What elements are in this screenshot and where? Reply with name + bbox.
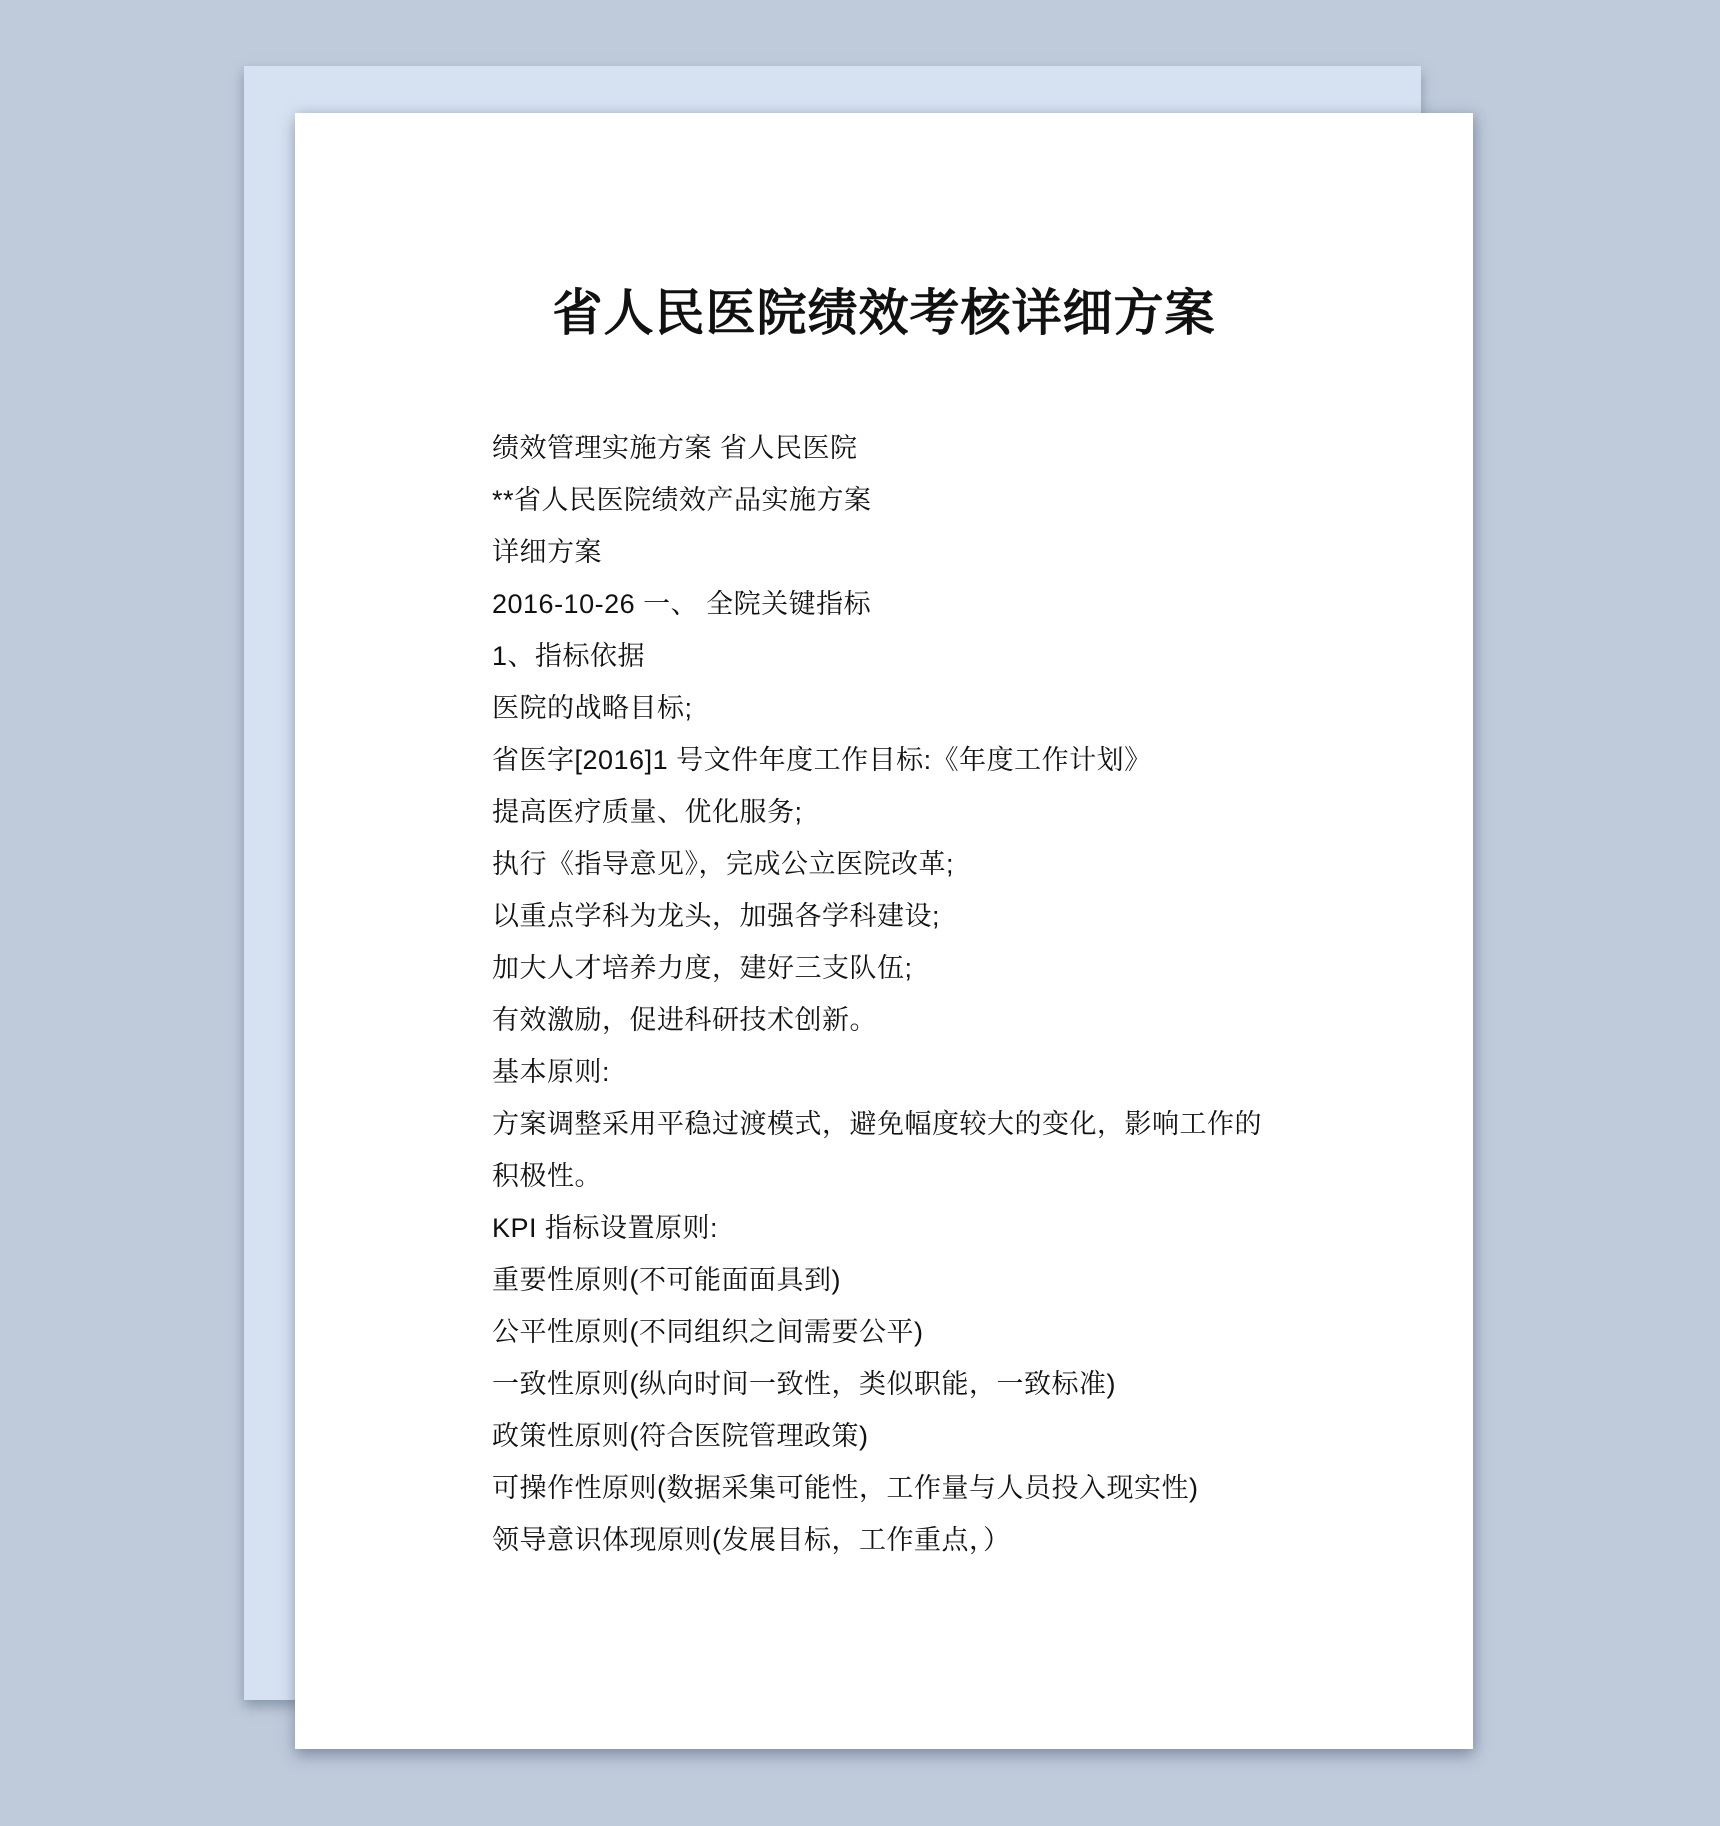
document-line: 有效激励，促进科研技术创新。 <box>492 994 1432 1046</box>
document-line: 积极性。 <box>492 1150 1432 1202</box>
document-line: 省医字[2016]1 号文件年度工作目标:《年度工作计划》 <box>492 734 1432 786</box>
document-line: 可操作性原则(数据采集可能性，工作量与人员投入现实性) <box>492 1462 1432 1514</box>
document-line: 领导意识体现原则(发展目标，工作重点，） <box>492 1514 1432 1566</box>
document-line: 方案调整采用平稳过渡模式，避免幅度较大的变化，影响工作的 <box>492 1098 1432 1150</box>
document-body: 绩效管理实施方案 省人民医院 **省人民医院绩效产品实施方案 详细方案 2016… <box>492 422 1432 1566</box>
document-line: 政策性原则(符合医院管理政策) <box>492 1410 1432 1462</box>
document-line: 提高医疗质量、优化服务; <box>492 786 1432 838</box>
document-line: 基本原则: <box>492 1046 1432 1098</box>
document-line: 绩效管理实施方案 省人民医院 <box>492 422 1432 474</box>
document-preview-background: 省人民医院绩效考核详细方案 绩效管理实施方案 省人民医院 **省人民医院绩效产品… <box>0 0 1720 1826</box>
document-line: 1、指标依据 <box>492 630 1432 682</box>
document-line: **省人民医院绩效产品实施方案 <box>492 474 1432 526</box>
document-line: 执行《指导意见》，完成公立医院改革; <box>492 838 1432 890</box>
document-page: 省人民医院绩效考核详细方案 绩效管理实施方案 省人民医院 **省人民医院绩效产品… <box>295 113 1473 1749</box>
document-line: 以重点学科为龙头，加强各学科建设; <box>492 890 1432 942</box>
document-line: 详细方案 <box>492 526 1432 578</box>
document-line: 公平性原则(不同组织之间需要公平) <box>492 1306 1432 1358</box>
document-line: KPI 指标设置原则: <box>492 1202 1432 1254</box>
document-line: 重要性原则(不可能面面具到) <box>492 1254 1432 1306</box>
document-line: 加大人才培养力度，建好三支队伍; <box>492 942 1432 994</box>
document-title: 省人民医院绩效考核详细方案 <box>295 287 1473 339</box>
document-line: 一致性原则(纵向时间一致性，类似职能，一致标准) <box>492 1358 1432 1410</box>
document-line: 2016-10-26 一、 全院关键指标 <box>492 578 1432 630</box>
document-line: 医院的战略目标; <box>492 682 1432 734</box>
